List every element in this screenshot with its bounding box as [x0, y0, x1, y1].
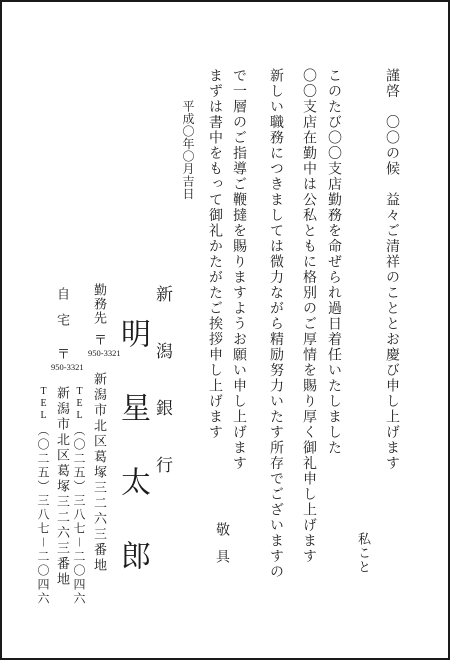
postal-mark-icon: 〒 — [55, 347, 69, 360]
postal-mark-icon: 〒 — [92, 333, 106, 346]
letter-card: 謹啓 〇〇の候 益々ご清祥のこととお慶び申し上げます 私こと このたび〇〇支店勤… — [0, 0, 450, 660]
sender-name: 明星太郎 — [116, 318, 149, 614]
home-tel-number: （〇二五）三八七－二〇四六 — [36, 424, 50, 606]
home-contact-column: 自宅〒950-3321新潟市北区葛塚三二六三番地 — [51, 287, 73, 587]
opening-line: 謹啓 〇〇の候 益々ご清祥のこととお慶び申し上げます — [383, 68, 399, 471]
home-tel-column: TEL（〇二五）三八七－二〇四六 — [36, 386, 50, 606]
self-reference-note: 私こと — [356, 532, 371, 574]
body-line: で一層のご指導ご鞭撻を賜りますようお願い申し上げます — [230, 68, 246, 471]
work-tel-prefix: TEL — [72, 386, 86, 422]
work-contact-column: 勤務先〒950-3321新潟市北区葛塚三二六三番地 — [88, 283, 110, 573]
home-contact-label: 自宅 — [55, 287, 69, 339]
work-contact-label: 勤務先 — [92, 283, 106, 325]
work-tel-column: TEL（〇二五）三八七－二〇四六 — [72, 386, 86, 606]
home-tel-prefix: TEL — [36, 386, 50, 422]
home-postal-code: 950-3321 — [51, 363, 73, 373]
body-line: 新しい職務につきましては微力ながら精励努力いたす所存でございますの — [267, 68, 283, 580]
body-line: 〇〇支店在勤中は公私ともに格別のご厚情を賜り厚く御礼申し上げます — [300, 68, 316, 564]
closing-word: 敬具 — [213, 522, 229, 576]
work-postal-code: 950-3321 — [88, 349, 110, 359]
work-tel-number: （〇二五）三八七－二〇四六 — [72, 424, 86, 606]
date-line: 平成〇年〇月吉日 — [181, 100, 195, 200]
body-line: このたび〇〇支店勤務を命ぜられ過日着任いたしました — [325, 68, 341, 456]
body-line: まずは書中をもって御礼かたがたご挨拶申し上げます — [206, 68, 222, 440]
home-address: 新潟市北区葛塚三二六三番地 — [55, 386, 69, 588]
organization-name: 新潟銀行 — [153, 285, 172, 513]
work-address: 新潟市北区葛塚三二六三番地 — [92, 372, 106, 574]
